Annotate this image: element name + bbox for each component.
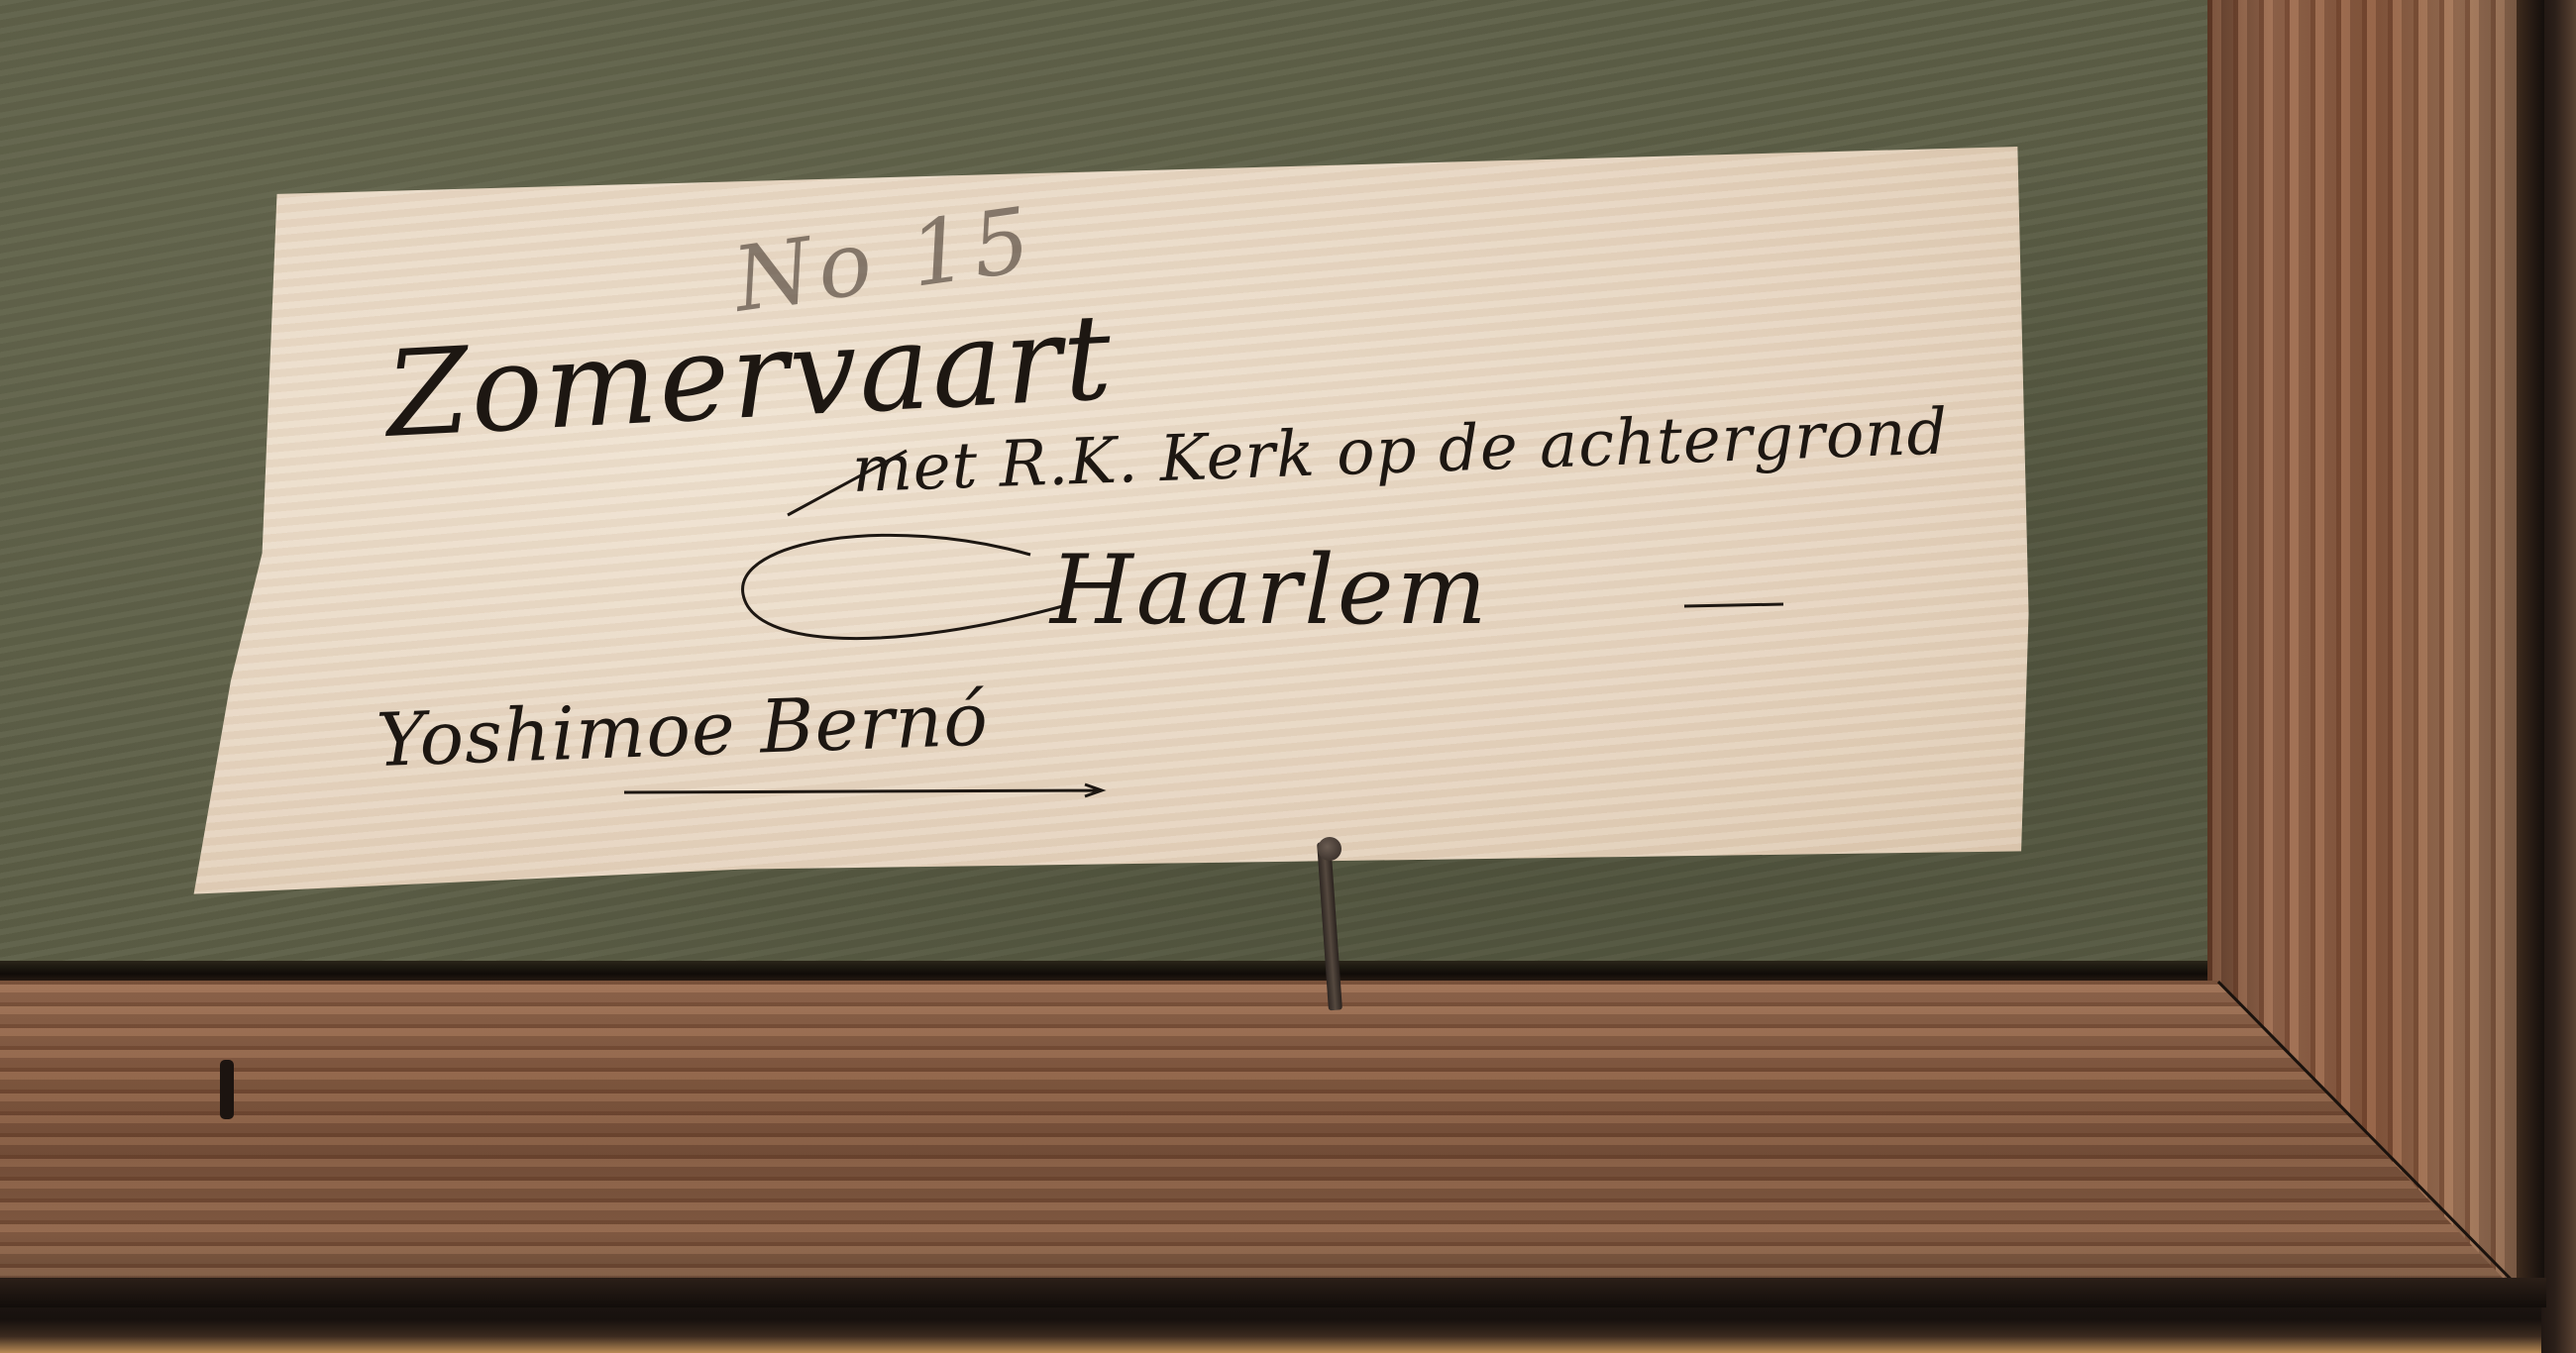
board-frame-gap <box>0 961 2219 983</box>
nail-head-icon <box>1318 837 1342 861</box>
frame-outer-edge-right <box>2517 0 2544 1307</box>
frame-outer-edge-bottom <box>0 1278 2546 1307</box>
label-city: Haarlem <box>1050 535 1490 646</box>
background-wood-right <box>2541 0 2576 1353</box>
photo-scene: No 15 Zomervaart met R.K. Kerk op de ach… <box>0 0 2576 1353</box>
paper-label <box>188 147 2036 899</box>
nail-hole-icon <box>220 1060 234 1119</box>
frame-bottom-rail <box>0 981 2522 1298</box>
